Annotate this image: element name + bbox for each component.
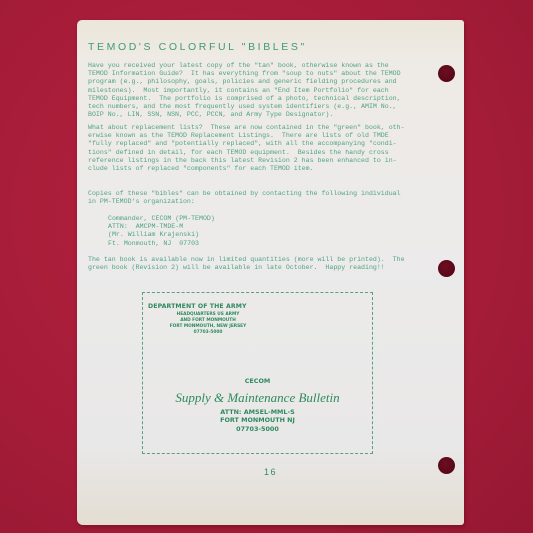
bulletin-name: Supply & Maintenance Bulletin [143,390,372,406]
article-title: TEMOD'S COLORFUL "BIBLES" [88,41,307,53]
recipient-attn: ATTN: AMSEL-MML-S [143,408,372,416]
recipient-city: FORT MONMOUTH NJ [143,416,372,424]
return-address: DEPARTMENT OF THE ARMY HEADQUARTERS US A… [148,303,268,336]
recipient-address: CECOM Supply & Maintenance Bulletin ATTN… [143,377,372,433]
mailing-label: DEPARTMENT OF THE ARMY HEADQUARTERS US A… [142,292,373,454]
return-line: 07703-5000 [148,330,268,336]
paragraph-tan-book: Have you received your latest copy of th… [88,62,438,119]
paragraph-availability: The tan book is available now in limited… [88,256,438,272]
recipient-zip: 07703-5000 [143,425,372,433]
paragraph-replacement-lists: What about replacement lists? These are … [88,124,438,173]
page-number: 16 [77,467,464,477]
contact-address: Commander, CECOM (PM-TEMOD) ATTN: AMCPM-… [108,215,215,248]
recipient-org: CECOM [143,377,372,385]
binder-hole-top [438,65,455,82]
return-department: DEPARTMENT OF THE ARMY [148,303,268,310]
paragraph-copies: Copies of these "bibles" can be obtained… [88,190,438,206]
document-page: TEMOD'S COLORFUL "BIBLES" Have you recei… [77,20,464,525]
binder-hole-middle [438,260,455,277]
